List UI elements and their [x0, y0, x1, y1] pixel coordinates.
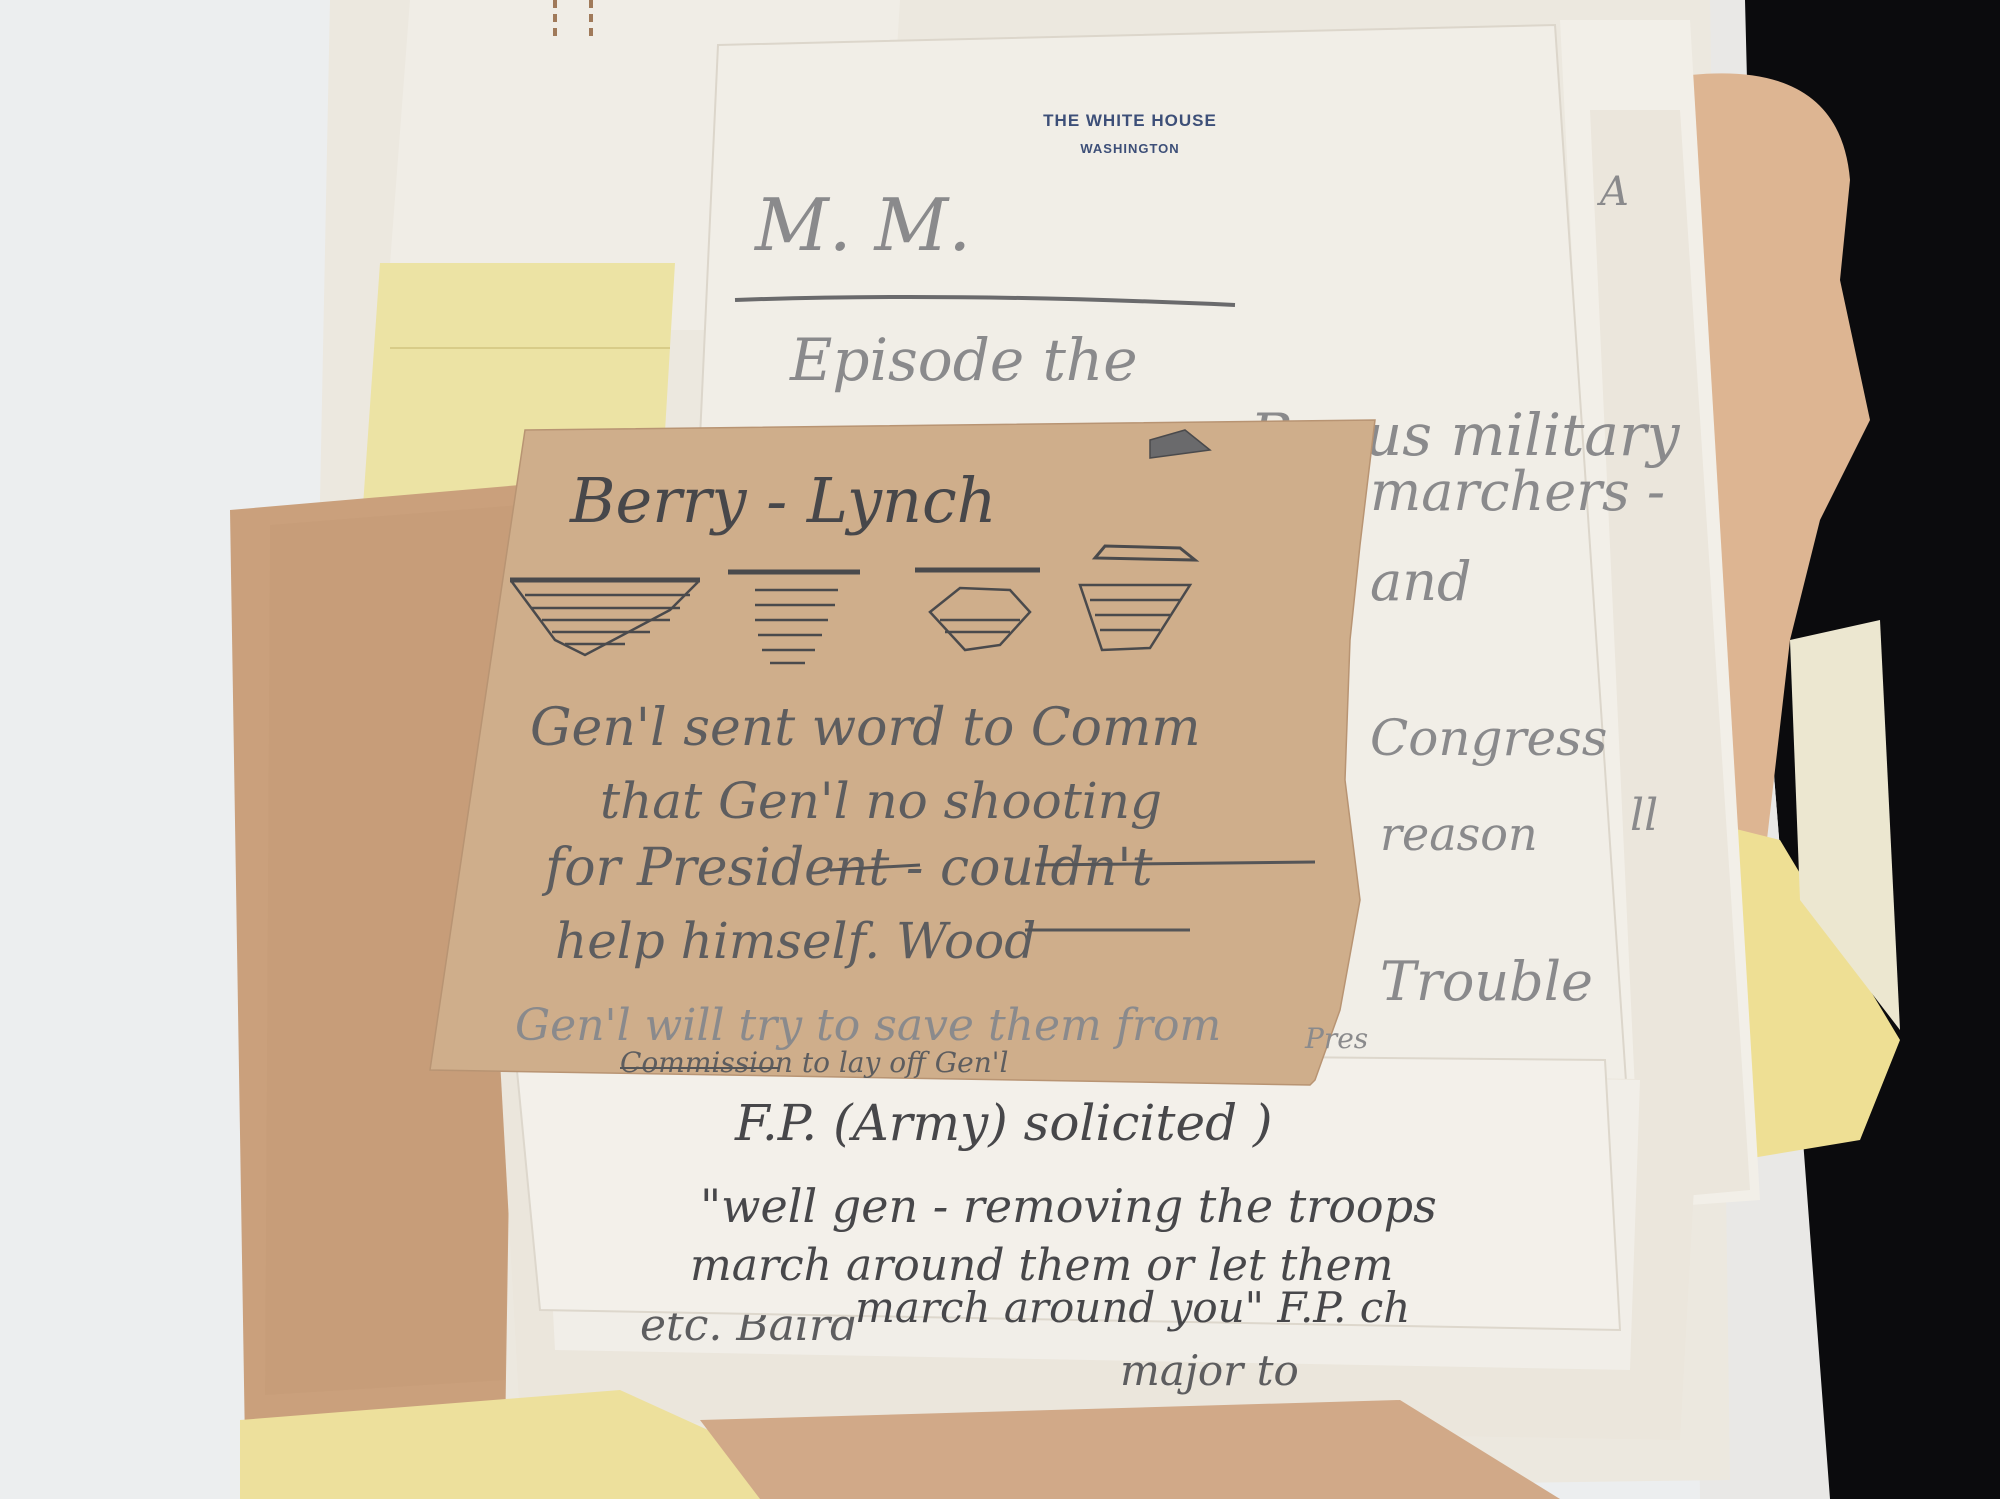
letterhead-subtitle: WASHINGTON [1080, 141, 1179, 156]
card-line: help himself. Wood [555, 912, 1036, 970]
note-line: "well gen - removing the troops [700, 1179, 1437, 1233]
letterhead-title: THE WHITE HOUSE [1043, 111, 1217, 130]
card-line: Pres [1304, 1022, 1368, 1055]
note-line: march around you" F.P. ch [855, 1283, 1410, 1332]
note-line: reason [1380, 807, 1538, 861]
note-line: and [1370, 550, 1472, 613]
margin-note: A [1596, 169, 1629, 215]
note-line: marchers - [1370, 460, 1665, 523]
card-line: Gen'l will try to save them from [515, 1000, 1221, 1051]
note-line: Congress [1370, 709, 1607, 767]
card-line: Commission to lay off Gen'l [620, 1046, 1008, 1079]
salutation: M. M. [753, 183, 971, 267]
lower-note: major to [1120, 1346, 1299, 1395]
note-line: Episode the [789, 326, 1138, 394]
card-line: that Gen'l no shooting [600, 772, 1162, 830]
card-line: Gen'l sent word to Comm [530, 698, 1201, 758]
note-line: F.P. (Army) solicited ) [734, 1094, 1273, 1152]
card-title: Berry - Lynch [569, 464, 997, 537]
margin-note: ll [1630, 790, 1658, 841]
document-stack-scene: THE WHITE HOUSE WASHINGTON M. M. Episode… [0, 0, 2000, 1499]
note-line: Trouble [1380, 950, 1593, 1013]
